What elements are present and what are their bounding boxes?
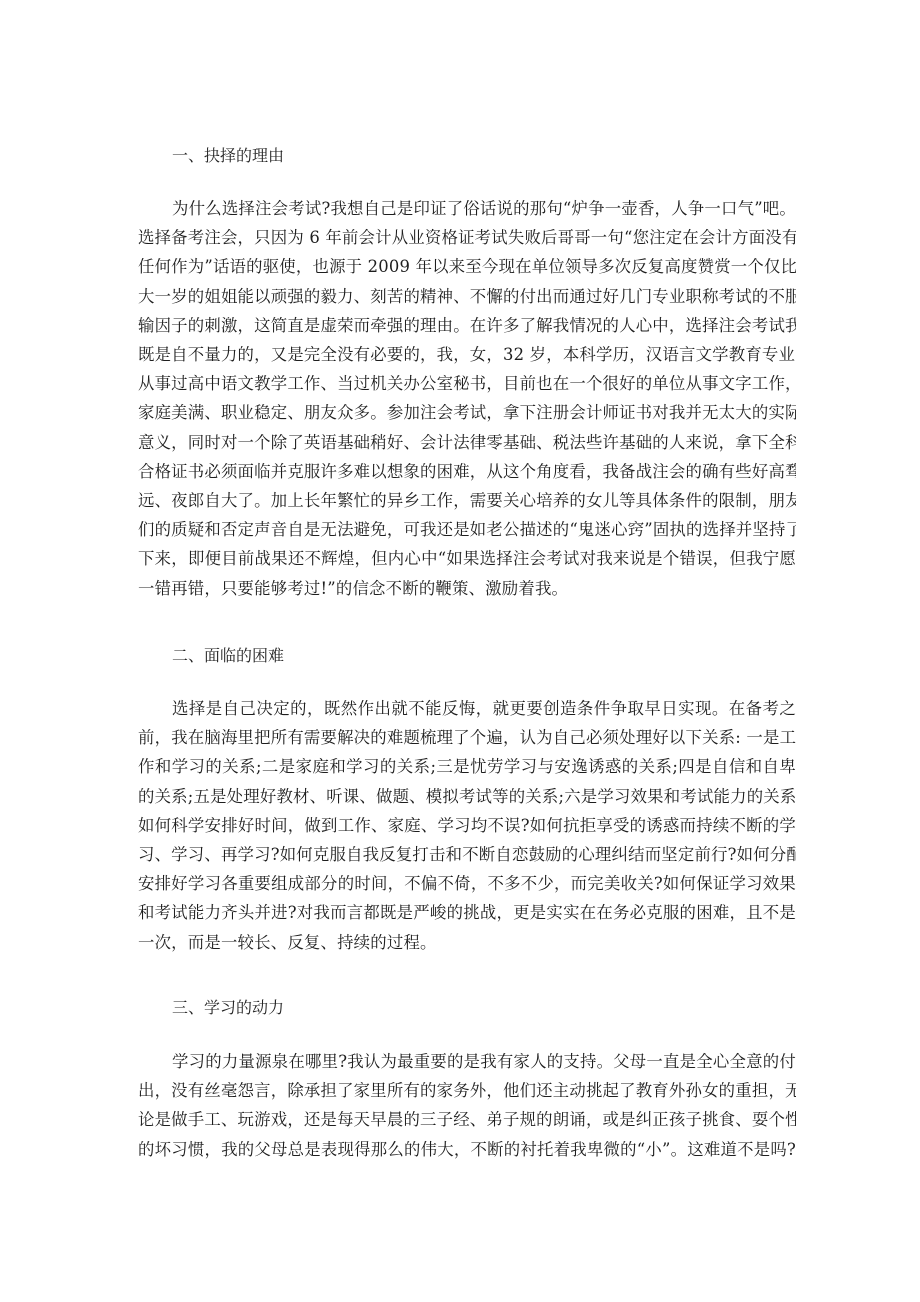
paragraph-line: 一错再错，只要能够考过!”的信念不断的鞭策、激励着我。 <box>138 574 796 603</box>
section-paragraph-2: 选择是自己决定的，既然作出就不能反悔，就更要创造条件争取早日实现。在备考之 前，… <box>138 694 796 957</box>
paragraph-line: 任何作为”话语的驱使，也源于 2009 年以来至今现在单位领导多次反复高度赞赏一… <box>138 252 796 281</box>
paragraph-line: 前，我在脑海里把所有需要解决的难题梳理了个遍，认为自己必须处理好以下关系: 一是… <box>138 723 796 752</box>
paragraph-line: 大一岁的姐姐能以顽强的毅力、刻苦的精神、不懈的付出而通过好几门专业职称考试的不服 <box>138 282 796 311</box>
paragraph-line: 家庭美满、职业稳定、朋友众多。参加注会考试，拿下注册会计师证书对我并无太大的实际 <box>138 398 796 427</box>
paragraph-line: 选择备考注会，只因为 6 年前会计从业资格证考试失败后哥哥一句“您注定在会计方面… <box>138 223 796 252</box>
section-heading-2: 二、面临的困难 <box>138 646 284 666</box>
paragraph-line: 一次，而是一较长、反复、持续的过程。 <box>138 928 796 957</box>
paragraph-line: 的坏习惯，我的父母总是表现得那么的伟大，不断的衬托着我卑微的“小”。这难道不是吗… <box>138 1135 796 1164</box>
paragraph-line: 选择是自己决定的，既然作出就不能反悔，就更要创造条件争取早日实现。在备考之 <box>138 694 796 723</box>
section-paragraph-1: 为什么选择注会考试?我想自己是印证了俗话说的那句“炉争一壶香，人争一口气”吧。 … <box>138 194 796 603</box>
paragraph-line: 出，没有丝毫怨言，除承担了家里所有的家务外，他们还主动挑起了教育外孙女的重担，无 <box>138 1076 796 1105</box>
paragraph-line: 远、夜郎自大了。加上长年繁忙的异乡工作，需要关心培养的女儿等具体条件的限制，朋友 <box>138 486 796 515</box>
paragraph-line: 安排好学习各重要组成部分的时间，不偏不倚，不多不少，而完美收关?如何保证学习效果 <box>138 869 796 898</box>
paragraph-line: 论是做手工、玩游戏，还是每天早晨的三子经、弟子规的朗诵，或是纠正孩子挑食、耍个性 <box>138 1105 796 1134</box>
paragraph-line: 下来，即便目前战果还不辉煌，但内心中“如果选择注会考试对我来说是个错误，但我宁愿 <box>138 544 796 573</box>
paragraph-line: 输因子的刺激，这简直是虚荣而牵强的理由。在许多了解我情况的人心中，选择注会考试我 <box>138 311 796 340</box>
paragraph-line: 如何科学安排好时间，做到工作、家庭、学习均不误?如何抗拒享受的诱惑而持续不断的学 <box>138 811 796 840</box>
section-paragraph-3: 学习的力量源泉在哪里?我认为最重要的是我有家人的支持。父母一直是全心全意的付 出… <box>138 1047 796 1164</box>
paragraph-line: 们的质疑和否定声音自是无法避免，可我还是如老公描述的“鬼迷心窍”固执的选择并坚持… <box>138 515 796 544</box>
paragraph-line: 的关系;五是处理好教材、听课、做题、模拟考试等的关系;六是学习效果和考试能力的关… <box>138 782 796 811</box>
paragraph-line: 既是自不量力的，又是完全没有必要的，我，女，32 岁，本科学历，汉语言文学教育专… <box>138 340 796 369</box>
paragraph-line: 和考试能力齐头并进?对我而言都既是严峻的挑战，更是实实在在务必克服的困难，且不是 <box>138 898 796 927</box>
paragraph-line: 作和学习的关系;二是家庭和学习的关系;三是忧劳学习与安逸诱惑的关系;四是自信和自… <box>138 752 796 781</box>
paragraph-line: 合格证书必须面临并克服许多难以想象的困难，从这个角度看，我备战注会的确有些好高骛 <box>138 457 796 486</box>
paragraph-line: 从事过高中语文教学工作、当过机关办公室秘书，目前也在一个很好的单位从事文字工作， <box>138 369 796 398</box>
paragraph-line: 意义，同时对一个除了英语基础稍好、会计法律零基础、税法些许基础的人来说，拿下全科 <box>138 428 796 457</box>
section-heading-3: 三、学习的动力 <box>138 998 284 1018</box>
paragraph-line: 学习的力量源泉在哪里?我认为最重要的是我有家人的支持。父母一直是全心全意的付 <box>138 1047 796 1076</box>
paragraph-line: 为什么选择注会考试?我想自己是印证了俗话说的那句“炉争一壶香，人争一口气”吧。 <box>138 194 796 223</box>
paragraph-line: 习、学习、再学习?如何克服自我反复打击和不断自恋鼓励的心理纠结而坚定前行?如何分… <box>138 840 796 869</box>
section-heading-1: 一、抉择的理由 <box>138 146 284 166</box>
